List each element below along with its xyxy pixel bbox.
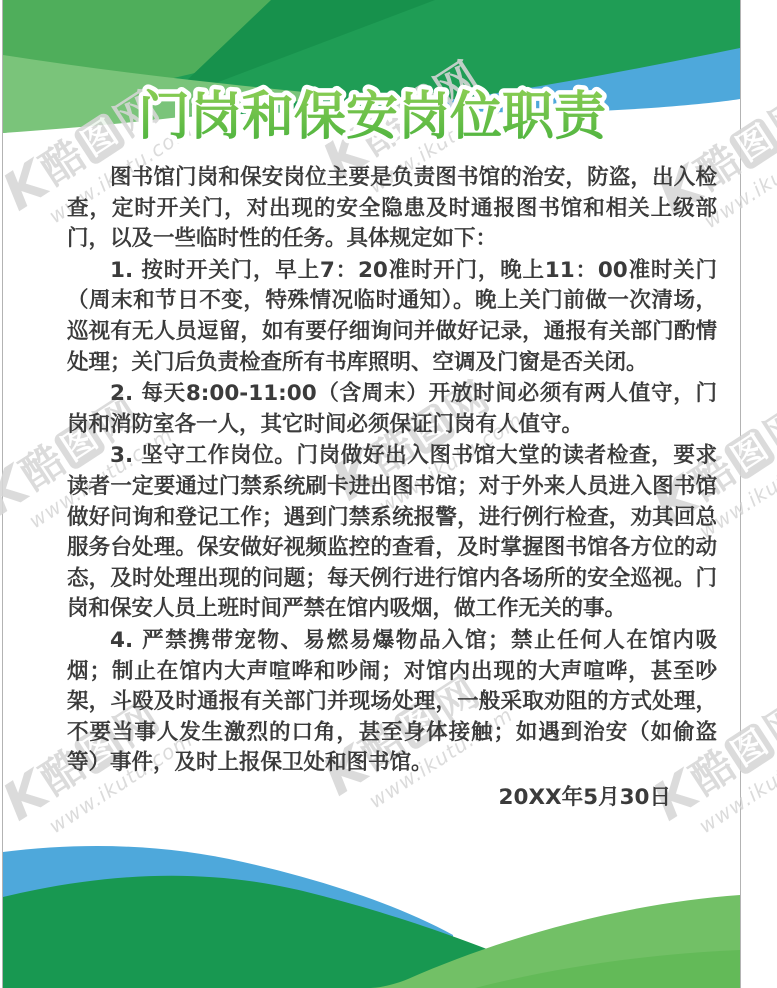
body-paragraph: 3. 坚守工作岗位。门岗做好出入图书馆大堂的读者检查，要求读者一定要通过门禁系统… <box>67 441 717 625</box>
title-art: 门岗和保安岗位职责 <box>62 78 682 150</box>
body-paragraph: 图书馆门岗和保安岗位主要是负责图书馆的治安，防盗，出入检查，定时开关门，对出现的… <box>67 163 717 255</box>
poster-canvas: { "doc": { "title": "门岗和保安岗位职责", "paragr… <box>0 0 777 988</box>
body-paragraph: 1. 按时开关门，早上7：20准时开门，晚上11：00准时关门（周末和节日不变，… <box>67 256 717 378</box>
watermark-brand-char: 网 <box>763 91 777 149</box>
body-paragraph: 4. 严禁携带宠物、易燃易爆物品入馆；禁止任何人在馆内吸烟；制止在馆内大声喧哗和… <box>67 626 717 779</box>
date-line: 20XX年5月30日 <box>67 783 717 814</box>
watermark-brand-char: 网 <box>758 696 777 754</box>
poster-page: 门岗和保安岗位职责 图书馆门岗和保安岗位主要是负责图书馆的治安，防盗，出入检查，… <box>2 0 741 988</box>
title-banner: 门岗和保安岗位职责 <box>3 78 740 154</box>
body-paragraph: 2. 每天8:00-11:00（含周末）开放时间必须有两人值守，门岗和消防室各一… <box>67 379 717 440</box>
watermark-brand-char: 网 <box>758 401 777 459</box>
body-content: 图书馆门岗和保安岗位主要是负责图书馆的治安，防盗，出入检查，定时开关门，对出现的… <box>67 163 717 813</box>
page-title: 门岗和保安岗位职责 <box>137 87 608 147</box>
